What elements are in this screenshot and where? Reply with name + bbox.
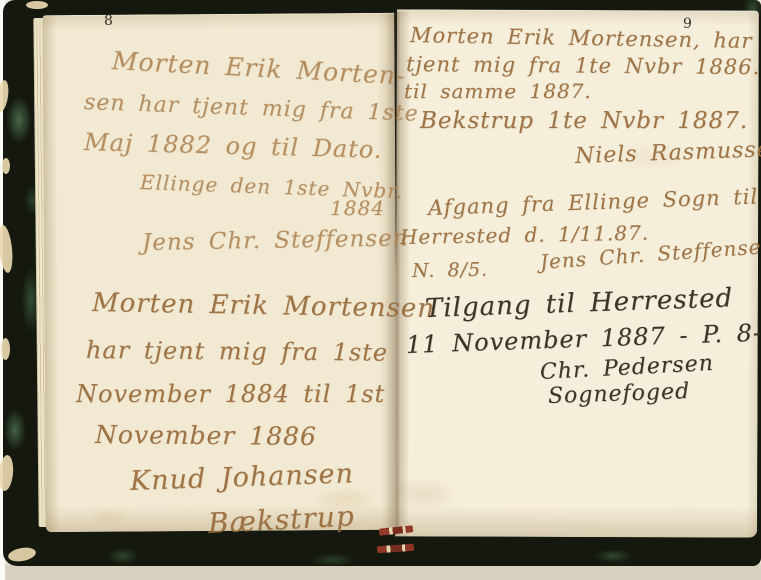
cover-wear-spot: [1, 338, 10, 360]
cover-wear-spot: [2, 158, 10, 174]
cover-wear-spot: [26, 1, 48, 9]
handwritten-line: N. 8/5.: [412, 261, 488, 281]
handwritten-line: Bekstrup 1te Nvbr 1887.: [420, 110, 748, 133]
book-scan: 8 9 Morten Erik Morten- sen har tjent mi…: [0, 0, 761, 580]
handwritten-line: 1884: [330, 198, 385, 218]
handwritten-line: tjent mig fra 1te Nvbr 1886.: [406, 54, 760, 78]
handwritten-line: har tjent mig fra 1ste: [86, 338, 388, 365]
signature-line: Bækstrup: [207, 502, 355, 538]
handwritten-line: November 1884 til 1st: [76, 382, 385, 406]
handwritten-line: til samme 1887.: [404, 81, 592, 101]
signature-line: Knud Johansen: [130, 460, 355, 495]
signature-title-line: Sognefoged: [548, 381, 691, 408]
page-number-left: 8: [104, 13, 113, 29]
handwritten-line: Maj 1882 og til Dato.: [84, 130, 383, 162]
signature-line: Jens Chr. Steffensen: [142, 227, 409, 255]
handwritten-line: Morten Erik Mortensen: [92, 290, 435, 322]
handwritten-line: Herrested d. 1/11.87.: [400, 223, 649, 247]
handwritten-line: November 1886: [95, 422, 317, 449]
